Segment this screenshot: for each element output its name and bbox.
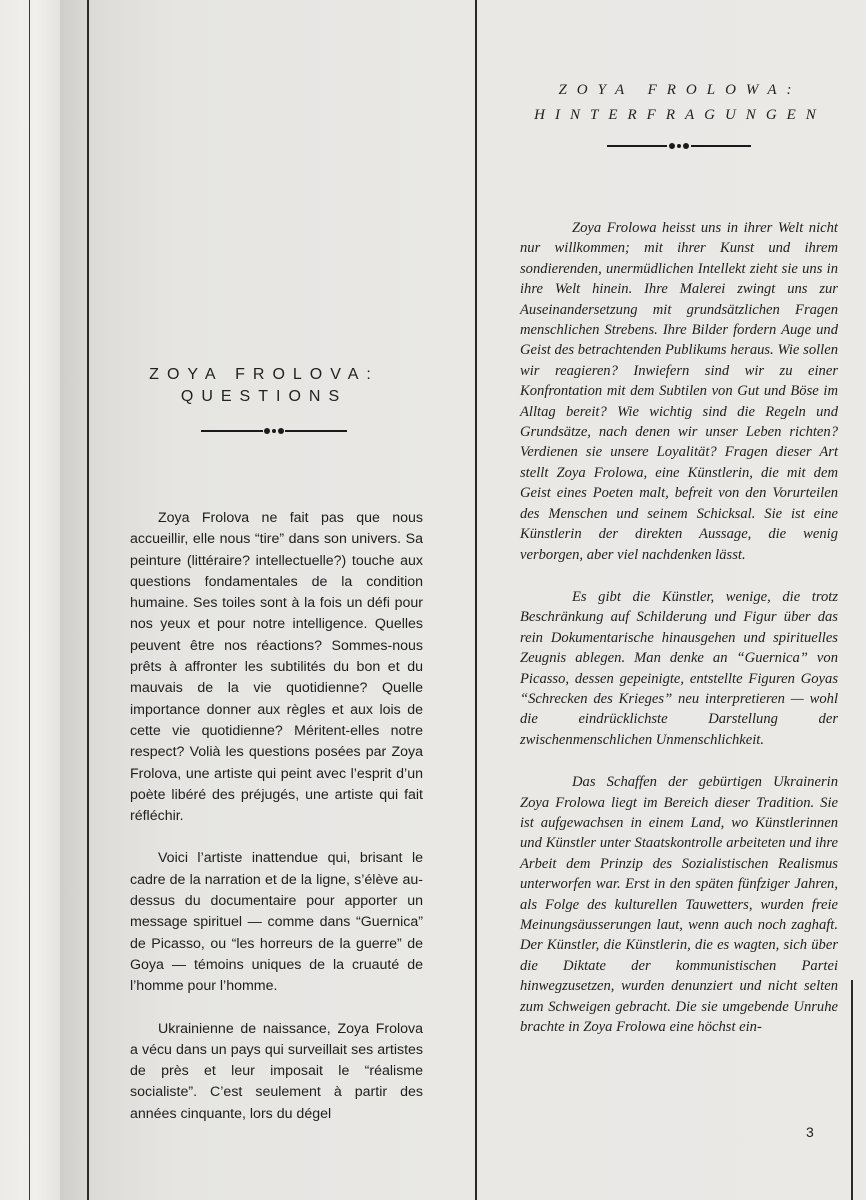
paragraph: Das Schaffen der gebürtigen Ukrainerin Z… (520, 772, 838, 1037)
left-margin-rule (87, 0, 89, 1200)
german-text-column: Zoya Frolowa heisst uns in ihrer Welt ni… (520, 218, 838, 1037)
paragraph: Zoya Frolova ne fait pas que nous accuei… (130, 508, 423, 827)
german-title-line2: HINTERFRAGUNGEN (500, 103, 860, 128)
paragraph: Voici l’artiste inattendue qui, brisant … (130, 848, 423, 997)
french-title: ZOYA FROLOVA: QUESTIONS (100, 364, 428, 408)
page-edge-rule (29, 0, 30, 1200)
french-title-line2: QUESTIONS (100, 386, 428, 408)
french-title-line1: ZOYA FROLOVA: (100, 364, 428, 386)
paragraph: Ukrainienne de naissance, Zoya Frolova a… (130, 1019, 423, 1125)
previous-page-edge (0, 0, 60, 1200)
french-text-column: Zoya Frolova ne fait pas que nous accuei… (130, 508, 423, 1125)
ornament-divider-icon (201, 427, 347, 435)
german-title-line1: ZOYA FROLOWA: (500, 78, 860, 103)
page-number: 3 (806, 1124, 814, 1140)
paragraph: Zoya Frolowa heisst uns in ihrer Welt ni… (520, 218, 838, 565)
german-title: ZOYA FROLOWA: HINTERFRAGUNGEN (500, 78, 860, 128)
paragraph: Es gibt die Künstler, wenige, die trotz … (520, 587, 838, 750)
right-edge-rule (851, 980, 853, 1200)
ornament-divider-icon (607, 142, 751, 150)
column-divider-rule (475, 0, 477, 1200)
